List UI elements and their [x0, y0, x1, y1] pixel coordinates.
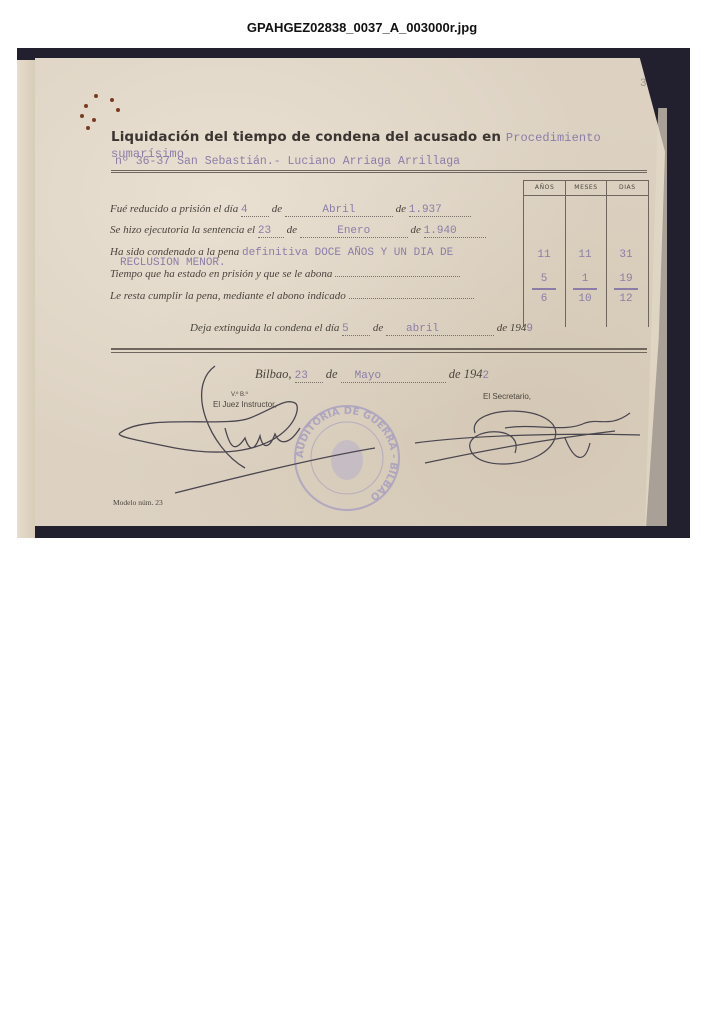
divider: [111, 348, 647, 350]
secretary-signature-icon: [415, 393, 645, 473]
judge-signature-icon: [115, 358, 375, 498]
adjacent-page-edge: [17, 60, 35, 538]
subtraction-line: [614, 288, 638, 290]
place-year-digit: 2: [482, 370, 489, 382]
served-months: 1: [565, 273, 605, 285]
condemned-days: 31: [606, 249, 646, 261]
time-served-row: Tiempo que ha estado en prisión y que se…: [110, 268, 460, 280]
duration-table: AÑOS MESES DIAS 11 11 31 5 1 19 6 10 12: [523, 180, 649, 327]
model-number: Modelo núm. 23: [113, 498, 163, 507]
prison-day: 4: [241, 204, 248, 216]
remaining-row: Le resta cumplir la pena, mediante el ab…: [110, 290, 474, 302]
extinction-day: 5: [342, 323, 349, 335]
served-days: 19: [606, 273, 646, 285]
prison-year: 1.937: [409, 204, 442, 216]
sentence-year: 1.940: [424, 225, 457, 237]
divider: [111, 172, 647, 173]
sentence-day: 23: [258, 225, 271, 237]
file-name-caption: GPAHGEZ02838_0037_A_003000r.jpg: [0, 20, 724, 35]
extinction-row: Deja extinguida la condena el día 5 de a…: [190, 322, 533, 336]
sentence-date-row: Se hizo ejecutoria la sentencia el 23 de…: [110, 224, 486, 238]
title-printed: Liquidación del tiempo de condena del ac…: [111, 129, 501, 145]
header-months: MESES: [565, 181, 606, 195]
case-line: nº 36-37 San Sebastián.- Luciano Arriaga…: [115, 155, 460, 168]
prison-month: Abril: [322, 204, 355, 216]
sentence-month: Enero: [337, 225, 370, 237]
divider: [111, 352, 647, 353]
remaining-years: 6: [524, 293, 564, 305]
condemned-value-line1: definitiva DOCE AÑOS Y UN DIA DE: [242, 247, 453, 259]
condemned-years: 11: [524, 249, 564, 261]
remaining-months: 10: [565, 293, 605, 305]
subtraction-line: [532, 288, 556, 290]
extinction-month: abril: [406, 323, 439, 335]
prison-date-row: Fué reducido a prisión el día 4 de Abril…: [110, 203, 471, 217]
subtraction-line: [573, 288, 597, 290]
page-number: 30: [640, 78, 653, 90]
divider: [111, 170, 647, 171]
scanned-document-image: 30 Liquidación del tiempo de condena del…: [17, 48, 690, 538]
header-days: DIAS: [607, 181, 648, 195]
extinction-year-digit: 9: [526, 323, 533, 335]
served-years: 5: [524, 273, 564, 285]
condemned-months: 11: [565, 249, 605, 261]
header-years: AÑOS: [524, 181, 565, 195]
document-paper: 30 Liquidación del tiempo de condena del…: [35, 58, 665, 526]
table-header: AÑOS MESES DIAS: [524, 181, 648, 196]
remaining-days: 12: [606, 293, 646, 305]
